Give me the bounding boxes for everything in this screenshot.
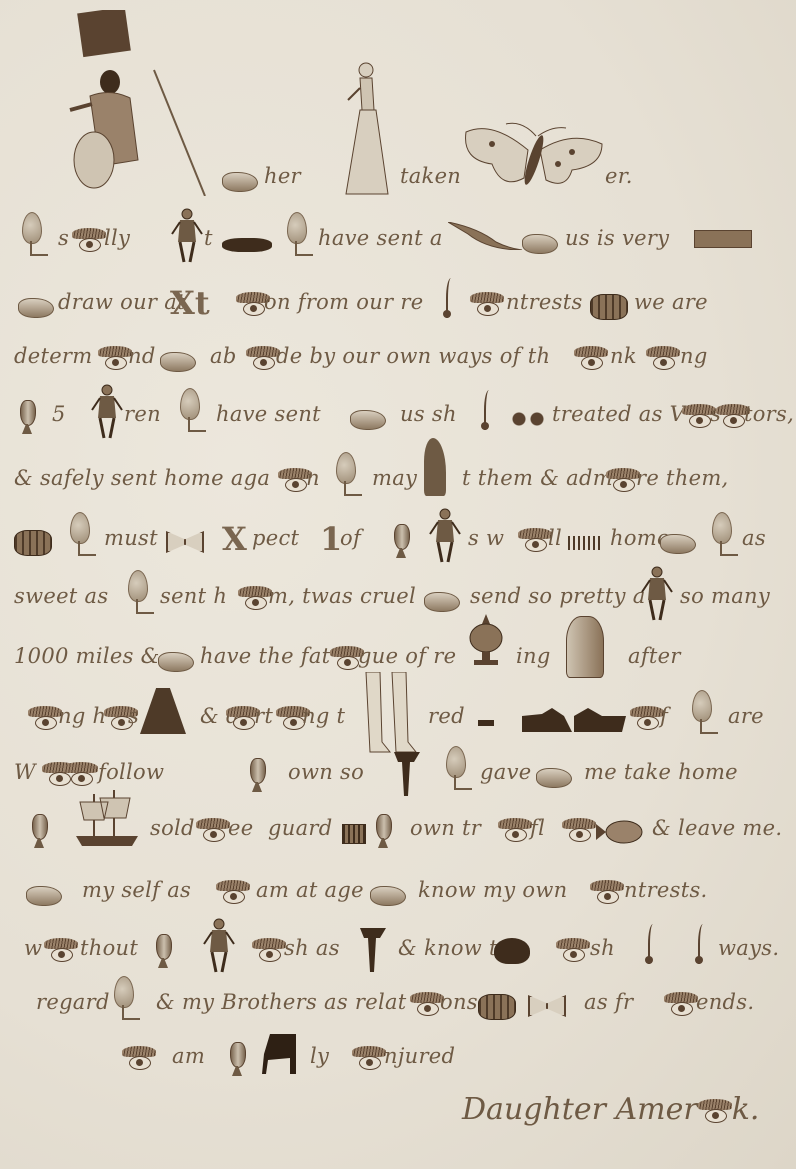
rebus-text: have the fat	[200, 644, 330, 668]
rebus-letter-page: hertakener.sllythave sent aus is verydra…	[0, 0, 796, 1169]
eye-icon	[498, 818, 532, 842]
eye-ball	[689, 414, 711, 428]
rebus-text: gue of re	[358, 644, 456, 668]
rebus-text: ways.	[718, 936, 779, 960]
ewer-body	[394, 524, 410, 550]
signature-text-start: Daughter Amer	[462, 1092, 698, 1127]
eye-ball	[359, 1056, 381, 1070]
scroll-bracket-icon	[424, 438, 446, 496]
heart-dark-icon	[494, 938, 530, 964]
rebus-text: w	[24, 936, 42, 960]
barrel-icon	[478, 994, 516, 1020]
rebus-text: after	[628, 644, 681, 668]
eye-ball	[129, 1056, 151, 1070]
rebus-text: de by our own ways of th	[276, 344, 550, 368]
rebus-text: are	[728, 704, 764, 728]
awl-icon	[446, 278, 456, 318]
eye-icon	[630, 706, 664, 730]
rebus-text: am	[172, 1044, 205, 1068]
wrench-icon	[358, 924, 388, 974]
rebus-text: ll	[548, 526, 562, 550]
ewer-foot	[252, 782, 262, 792]
rebus-text: as fr	[584, 990, 633, 1014]
eye-ball	[51, 948, 73, 962]
rebus-text: tors,	[744, 402, 794, 426]
rebus-text: rt	[254, 704, 273, 728]
child-figure-icon	[428, 508, 462, 564]
tree-trunk	[720, 541, 722, 555]
rebus-text: pect	[252, 526, 299, 550]
ewer-icon	[226, 1034, 248, 1078]
tree-crown	[446, 746, 466, 778]
rebus-text: have sent a	[318, 226, 443, 250]
signature-text-end: k.	[732, 1092, 760, 1127]
rebus-text: sh	[590, 936, 615, 960]
rebus-text: have sent	[216, 402, 321, 426]
eye-icon	[410, 992, 444, 1016]
tree-crown	[70, 512, 90, 544]
tree-crown	[180, 388, 200, 420]
eye-icon	[556, 938, 590, 962]
rebus-text: ee	[228, 816, 253, 840]
eye-icon	[606, 468, 640, 492]
rebus-text: red	[428, 704, 465, 728]
bee-icon	[510, 412, 546, 426]
rebus-text: er.	[605, 164, 633, 188]
shoe-icon	[18, 298, 54, 318]
rebus-text: m, twas cruel	[268, 584, 416, 608]
rebus-text: thout	[80, 936, 138, 960]
eye-ball	[637, 716, 659, 730]
shoe-icon	[26, 886, 62, 906]
rebus-text: sent h	[160, 584, 227, 608]
rebus-text: ng	[680, 344, 708, 368]
rebus-text: ren	[124, 402, 161, 426]
rebus-text: n	[306, 466, 320, 490]
tree-base	[454, 788, 472, 790]
rebus-text: determ	[14, 344, 93, 368]
tree-crown	[22, 212, 42, 244]
rebus-text: & my Brothers as relat	[156, 990, 407, 1014]
rebus-line: amlynjured	[0, 0, 796, 60]
eye-icon	[216, 880, 250, 904]
eye-icon	[246, 346, 280, 370]
tree-trunk	[344, 481, 346, 495]
tree-crown	[287, 212, 307, 244]
rebus-text: own tr	[410, 816, 481, 840]
tree-icon	[690, 690, 712, 734]
old-man-figure-icon	[170, 208, 204, 264]
rebus-text: ons	[440, 990, 478, 1014]
eye-ball	[203, 828, 225, 842]
moth-icon	[462, 120, 606, 192]
ewer-foot	[158, 958, 168, 968]
signature: Daughter Amerk.	[462, 1092, 759, 1127]
ewer-icon	[16, 392, 38, 436]
bow-icon	[166, 530, 204, 552]
eye-icon	[72, 228, 106, 252]
bow-icon	[528, 994, 566, 1016]
tree-trunk	[454, 775, 456, 789]
rebus-text: fl	[530, 816, 545, 840]
eye-ball	[259, 948, 281, 962]
man-figure-icon	[90, 384, 124, 440]
rebus-text: of	[340, 526, 361, 550]
gown-icon	[140, 688, 186, 734]
eye-ball	[597, 890, 619, 904]
eye-ball	[653, 356, 675, 370]
eye-icon	[352, 1046, 386, 1070]
eye-icon	[562, 818, 596, 842]
eye-icon	[28, 706, 62, 730]
ewer-foot	[396, 548, 406, 558]
tree-crown	[114, 976, 134, 1008]
shoe-icon	[160, 352, 196, 372]
rebus-text: sweet as	[14, 584, 108, 608]
eye-ball	[671, 1002, 693, 1016]
wrench-icon	[392, 748, 422, 798]
eye-ball	[233, 716, 255, 730]
tree-trunk	[122, 1005, 124, 1019]
tree-crown	[128, 570, 148, 602]
rebus-text: & leave me.	[652, 816, 782, 840]
rebus-text: am at age	[256, 878, 364, 902]
rebus-text: & safely sent home aga	[14, 466, 270, 490]
rebus-text: ends.	[696, 990, 754, 1014]
eye-ball	[253, 356, 275, 370]
ewer-icon	[372, 806, 394, 850]
wing-icon	[448, 222, 522, 250]
tree-icon	[710, 512, 732, 556]
ewer-body	[156, 934, 172, 960]
eye-icon	[238, 586, 272, 610]
legs-icon	[362, 672, 418, 756]
rebus-text: guard	[268, 816, 332, 840]
eye-icon	[64, 762, 98, 786]
chair-icon	[262, 1034, 302, 1076]
eye-ball	[79, 238, 101, 252]
eye-ball	[477, 302, 499, 316]
tree-base	[720, 554, 738, 556]
ewer-body	[250, 758, 266, 784]
ewer-body	[230, 1042, 246, 1068]
rebus-text: her	[264, 164, 301, 188]
tree-trunk	[30, 241, 32, 255]
spring-icon	[568, 536, 602, 550]
tree-icon	[334, 452, 356, 496]
ewer-foot	[378, 838, 388, 848]
tree-trunk	[295, 241, 297, 255]
rebus-text: ing	[516, 644, 551, 668]
tree-base	[295, 254, 313, 256]
rebus-text: my self as	[82, 878, 191, 902]
tree-trunk	[700, 719, 702, 733]
rebus-text: ng h	[58, 704, 106, 728]
rebus-text: re them,	[636, 466, 729, 490]
ewer-body	[32, 814, 48, 840]
barrel-icon	[590, 294, 628, 320]
eye-icon	[664, 992, 698, 1016]
eye-icon	[196, 818, 230, 842]
eye-ball	[723, 414, 745, 428]
shoe-icon	[522, 234, 558, 254]
rebus-text: ntrests	[506, 290, 583, 314]
eye-ball	[581, 356, 603, 370]
eye-ball	[569, 828, 591, 842]
ship-icon	[70, 790, 144, 850]
eye-icon	[470, 292, 504, 316]
awl-icon	[484, 390, 494, 430]
woman-figure-icon	[340, 60, 390, 196]
coat-sleeve-icon	[566, 616, 604, 678]
rebus-text: may	[372, 466, 417, 490]
eye-ball	[613, 478, 635, 492]
dark-shapes-icon	[522, 708, 626, 732]
rebus-text: me take home	[584, 760, 738, 784]
eye-ball	[525, 538, 547, 552]
eye-ball	[505, 828, 527, 842]
tree-icon	[68, 512, 90, 556]
rebus-text: s w	[468, 526, 504, 550]
rebus-text: must	[104, 526, 158, 550]
rebus-text: X	[222, 520, 247, 558]
eye-icon	[646, 346, 680, 370]
rebus-text: s	[58, 226, 69, 250]
tree-base	[344, 494, 362, 496]
eye-icon	[698, 1099, 732, 1123]
shoe-icon	[424, 592, 460, 612]
tree-trunk	[136, 599, 138, 613]
ewer-foot	[22, 424, 32, 434]
rebus-text: s	[128, 704, 139, 728]
eye-ball	[285, 478, 307, 492]
rebus-text: & know t	[398, 936, 498, 960]
rebus-text: taken	[400, 164, 461, 188]
eye-ball	[71, 772, 93, 786]
rebus-text: ntrests.	[624, 878, 708, 902]
rebus-text: ab	[210, 344, 237, 368]
rebus-text: nk	[610, 344, 637, 368]
ewer-icon	[152, 926, 174, 970]
shoe-icon	[158, 652, 194, 672]
tree-icon	[20, 212, 42, 256]
rebus-text: 5	[52, 402, 66, 426]
rebus-text: nd	[128, 344, 156, 368]
rebus-text: we are	[634, 290, 708, 314]
ewer-icon	[246, 750, 268, 794]
eye-ball	[337, 656, 359, 670]
rebus-text: so many	[680, 584, 770, 608]
tree-icon	[126, 570, 148, 614]
rebus-text: draw our at	[58, 290, 186, 314]
tree-icon	[178, 388, 200, 432]
tree-trunk	[78, 541, 80, 555]
eye-ball	[245, 596, 267, 610]
tree-base	[78, 554, 96, 556]
rebus-text: know my own	[418, 878, 567, 902]
eye-icon	[44, 938, 78, 962]
eye-ball	[243, 302, 265, 316]
rebus-text: ly	[310, 1044, 329, 1068]
eye-icon	[518, 528, 552, 552]
box-icon	[694, 230, 752, 248]
rebus-text: 1	[320, 520, 342, 558]
shoe-icon	[660, 534, 696, 554]
ewer-body	[376, 814, 392, 840]
eye-icon	[252, 938, 286, 962]
eye-ball	[105, 356, 127, 370]
shoe-icon	[536, 768, 572, 788]
tree-base	[122, 1018, 140, 1020]
rebus-text: sold	[150, 816, 195, 840]
dash-icon	[478, 720, 494, 726]
rebus-text: us sh	[400, 402, 457, 426]
rebus-text: W	[14, 760, 36, 784]
ewer-icon	[390, 516, 412, 560]
rebus-text: on from our re	[264, 290, 423, 314]
rebus-text: us is very	[565, 226, 669, 250]
shoe-icon	[370, 886, 406, 906]
rebus-text: as	[742, 526, 766, 550]
eye-ball	[223, 890, 245, 904]
rebus-text: own so	[288, 760, 364, 784]
rebus-text: 1000 miles &	[14, 644, 160, 668]
rebus-text: regard	[36, 990, 110, 1014]
eye-ball	[35, 716, 57, 730]
tree-base	[188, 430, 206, 432]
tree-crown	[336, 452, 356, 484]
ewer-foot	[34, 838, 44, 848]
fish-icon	[596, 820, 644, 844]
barrel-icon	[14, 530, 52, 556]
eye-ball	[417, 1002, 439, 1016]
rebus-text: t	[204, 226, 213, 250]
eye-ball	[563, 948, 585, 962]
rebus-text: treated as V	[552, 402, 685, 426]
rebus-text: t them & adm	[462, 466, 613, 490]
hat-icon	[222, 238, 272, 252]
tree-icon	[285, 212, 307, 256]
gentleman-figure-icon	[640, 566, 674, 622]
tree-icon	[112, 976, 134, 1020]
awl-icon	[698, 924, 708, 964]
ewer-body	[20, 400, 36, 426]
awl-icon	[648, 924, 658, 964]
tree-icon	[444, 746, 466, 790]
urn-icon	[466, 614, 506, 668]
tub-icon	[342, 824, 366, 844]
eye-icon	[122, 1046, 156, 1070]
tree-crown	[692, 690, 712, 722]
ewer-foot	[232, 1066, 242, 1076]
rebus-text: gave	[480, 760, 531, 784]
tree-crown	[712, 512, 732, 544]
eye-icon	[98, 346, 132, 370]
eye-icon	[574, 346, 608, 370]
rebus-text: sh as	[284, 936, 340, 960]
walking-man-icon	[202, 918, 236, 974]
tree-trunk	[188, 417, 190, 431]
shoe-icon	[222, 172, 258, 192]
rebus-text: send so pretty a	[470, 584, 646, 608]
rebus-text: njured	[384, 1044, 455, 1068]
tree-base	[30, 254, 48, 256]
tree-base	[700, 732, 718, 734]
rebus-text: follow	[98, 760, 164, 784]
rebus-text: f	[660, 704, 668, 728]
eye-icon	[590, 880, 624, 904]
tree-base	[136, 612, 154, 614]
ewer-icon	[28, 806, 50, 850]
shoe-icon	[350, 410, 386, 430]
rebus-text: lly	[104, 226, 130, 250]
rebus-text: Xt	[170, 284, 210, 322]
rebus-text: ng t	[302, 704, 345, 728]
